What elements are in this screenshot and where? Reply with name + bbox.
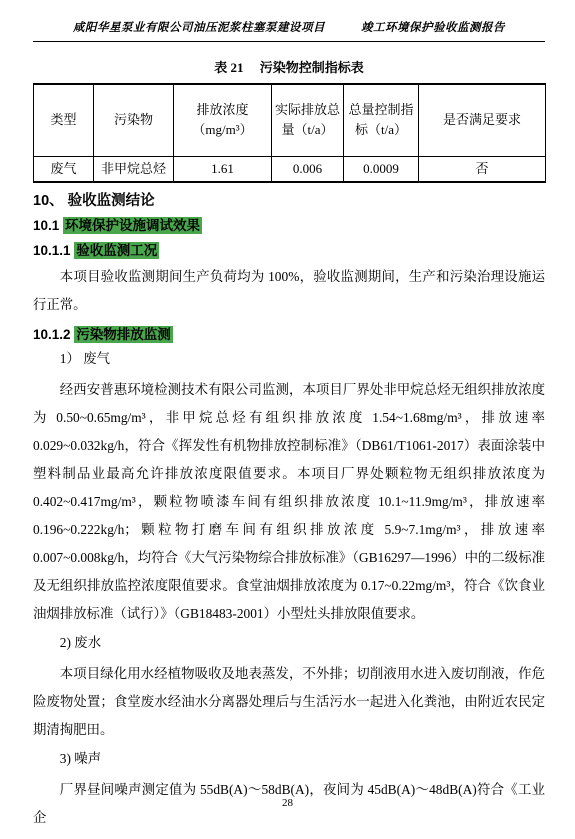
col-header-meets-requirement: 是否满足要求 <box>419 84 546 156</box>
section-10-1-1-highlighted-text: 验收监测工况 <box>74 242 159 259</box>
col-header-pollutant: 污染物 <box>94 84 174 156</box>
list-item-waste-water: 2) 废水 <box>33 629 545 657</box>
cell-pollutant: 非甲烷总烃 <box>94 156 174 182</box>
table-header-row: 类型 污染物 排放浓度 （mg/m³） 实际排放总 量（t/a） 总量控制指 标… <box>34 84 546 156</box>
report-page: 咸阳华星泵业有限公司油压泥浆柱塞泵建设项目 竣工环境保护验收监测报告 表 21 … <box>0 0 575 839</box>
cell-type: 废气 <box>34 156 94 182</box>
pollutant-control-indicators-table: 类型 污染物 排放浓度 （mg/m³） 实际排放总 量（t/a） 总量控制指 标… <box>33 83 546 183</box>
header-project-title: 咸阳华星泵业有限公司油压泥浆柱塞泵建设项目 <box>73 19 325 35</box>
table-caption: 表 21 污染物控制指标表 <box>33 57 545 76</box>
col-header-emission-concentration: 排放浓度 （mg/m³） <box>174 84 272 156</box>
list-item-noise: 3) 噪声 <box>33 745 545 773</box>
section-10-1-2-highlighted-text: 污染物排放监测 <box>74 326 173 343</box>
page-number: 28 <box>0 797 575 809</box>
section-10-heading: 10、 验收监测结论 <box>33 192 545 210</box>
cell-meets-requirement: 否 <box>419 156 546 182</box>
section-10-1-1-number: 10.1.1 <box>33 243 74 258</box>
paragraph-waste-water: 本项目绿化用水经植物吸收及地表蒸发，不外排；切削液用水进入废切削液，作危险废物处… <box>33 660 545 744</box>
running-header: 咸阳华星泵业有限公司油压泥浆柱塞泵建设项目 竣工环境保护验收监测报告 <box>33 0 545 35</box>
cell-emission-concentration: 1.61 <box>174 156 272 182</box>
list-item-waste-gas: 1） 废气 <box>33 345 545 373</box>
cell-total-control-indicator: 0.0009 <box>344 156 419 182</box>
col-header-total-control-indicator: 总量控制指 标（t/a） <box>344 84 419 156</box>
paragraph-monitoring-condition: 本项目验收监测期间生产负荷均为 100%，验收监测期间，生产和污染治理设施运行正… <box>33 263 545 319</box>
col-header-actual-total-emission: 实际排放总 量（t/a） <box>272 84 344 156</box>
section-10-1-2-number: 10.1.2 <box>33 327 74 342</box>
header-rule <box>33 41 545 42</box>
section-10-1-highlighted-text: 环境保护设施调试效果 <box>63 217 202 234</box>
section-10-1-number: 10.1 <box>33 218 63 233</box>
section-10-1-heading: 10.1 环境保护设施调试效果 <box>33 217 545 235</box>
header-report-title: 竣工环境保护验收监测报告 <box>361 19 505 35</box>
section-10-1-1-heading: 10.1.1 验收监测工况 <box>33 242 545 260</box>
col-header-type: 类型 <box>34 84 94 156</box>
paragraph-waste-gas: 经西安普惠环境检测技术有限公司监测，本项目厂界处非甲烷总烃无组织排放浓度为 0.… <box>33 376 545 628</box>
section-10-1-2-heading: 10.1.2 污染物排放监测 <box>33 326 545 344</box>
cell-actual-total-emission: 0.006 <box>272 156 344 182</box>
table-row: 废气 非甲烷总烃 1.61 0.006 0.0009 否 <box>34 156 546 182</box>
